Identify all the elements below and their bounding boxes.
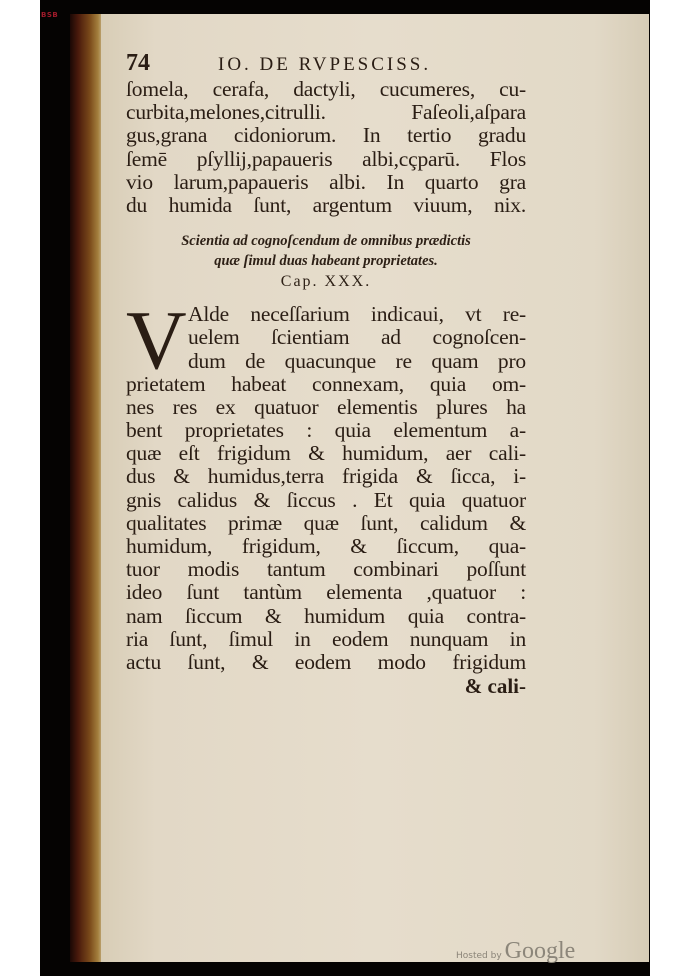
text-line: dus & humidus,terra frigida & ſicca, i- [126,465,526,488]
chapter-paragraph: V Alde neceſſarium indicaui, vt re- uele… [126,303,526,698]
hosted-by-label: Hosted by [456,951,502,961]
text-line: nes res ex quatuor elementis plures ha [126,396,526,419]
text-line: ſomela, cerafa, dactyli, cucumeres, cu- [126,78,526,101]
catchword: & cali- [126,674,526,698]
text-line: gnis calidus & ſiccus . Et quia quatuor [126,489,526,512]
chapter-heading-line: quæ ſimul duas habeant proprietates. [126,251,526,271]
text-line: quæ eſt frigidum & humidum, aer cali- [126,442,526,465]
chapter-heading: Scientia ad cognoſcendum de omnibus præd… [126,231,526,271]
text-line: ideo ſunt tantùm elementa ,quatuor : [126,581,526,604]
text-line: bent proprietates : quia elementum a- [126,419,526,442]
text-line: ria ſunt, ſimul in eodem nunquam in [126,628,526,651]
running-head: 74 IO. DE RVPESCISS. [126,50,526,78]
chapter-heading-line: Scientia ad cognoſcendum de omnibus præd… [126,231,526,251]
page-text-column: 74 IO. DE RVPESCISS. ſomela, cerafa, dac… [126,50,526,698]
running-head-title: IO. DE RVPESCISS. [218,54,431,76]
text-line: nam ſiccum & humidum quia contra- [126,605,526,628]
text-line: humidum, frigidum, & ſiccum, qua- [126,535,526,558]
text-line: du humida ſunt, argentum viuum, nix. [126,194,526,217]
text-line: ſemē pſyllij,papaueris albi,cçparū. Flos [126,148,526,171]
text-line: actu ſunt, & eodem modo frigidum [126,651,526,674]
text-line: qualitates primæ quæ ſunt, calidum & [126,512,526,535]
library-mark: BSB [41,11,58,19]
text-line: curbita,melones,citrulli. Faſeoli,aſpara [126,101,526,124]
hosted-by-google-watermark: Hosted by Google [456,938,575,965]
page-number: 74 [126,50,218,77]
text-line: tuor modis tantum combinari poſſunt [126,558,526,581]
book-spine-edge [70,14,103,962]
chapter-number: Cap. XXX. [126,271,526,293]
google-logo: Google [505,938,576,965]
text-line: vio larum,papaueris albi. In quarto gra [126,171,526,194]
text-line: gus,grana cidoniorum. In tertio gradu [126,124,526,147]
paragraph-continued: ſomela, cerafa, dactyli, cucumeres, cu- … [126,78,526,217]
drop-cap: V [126,299,187,383]
